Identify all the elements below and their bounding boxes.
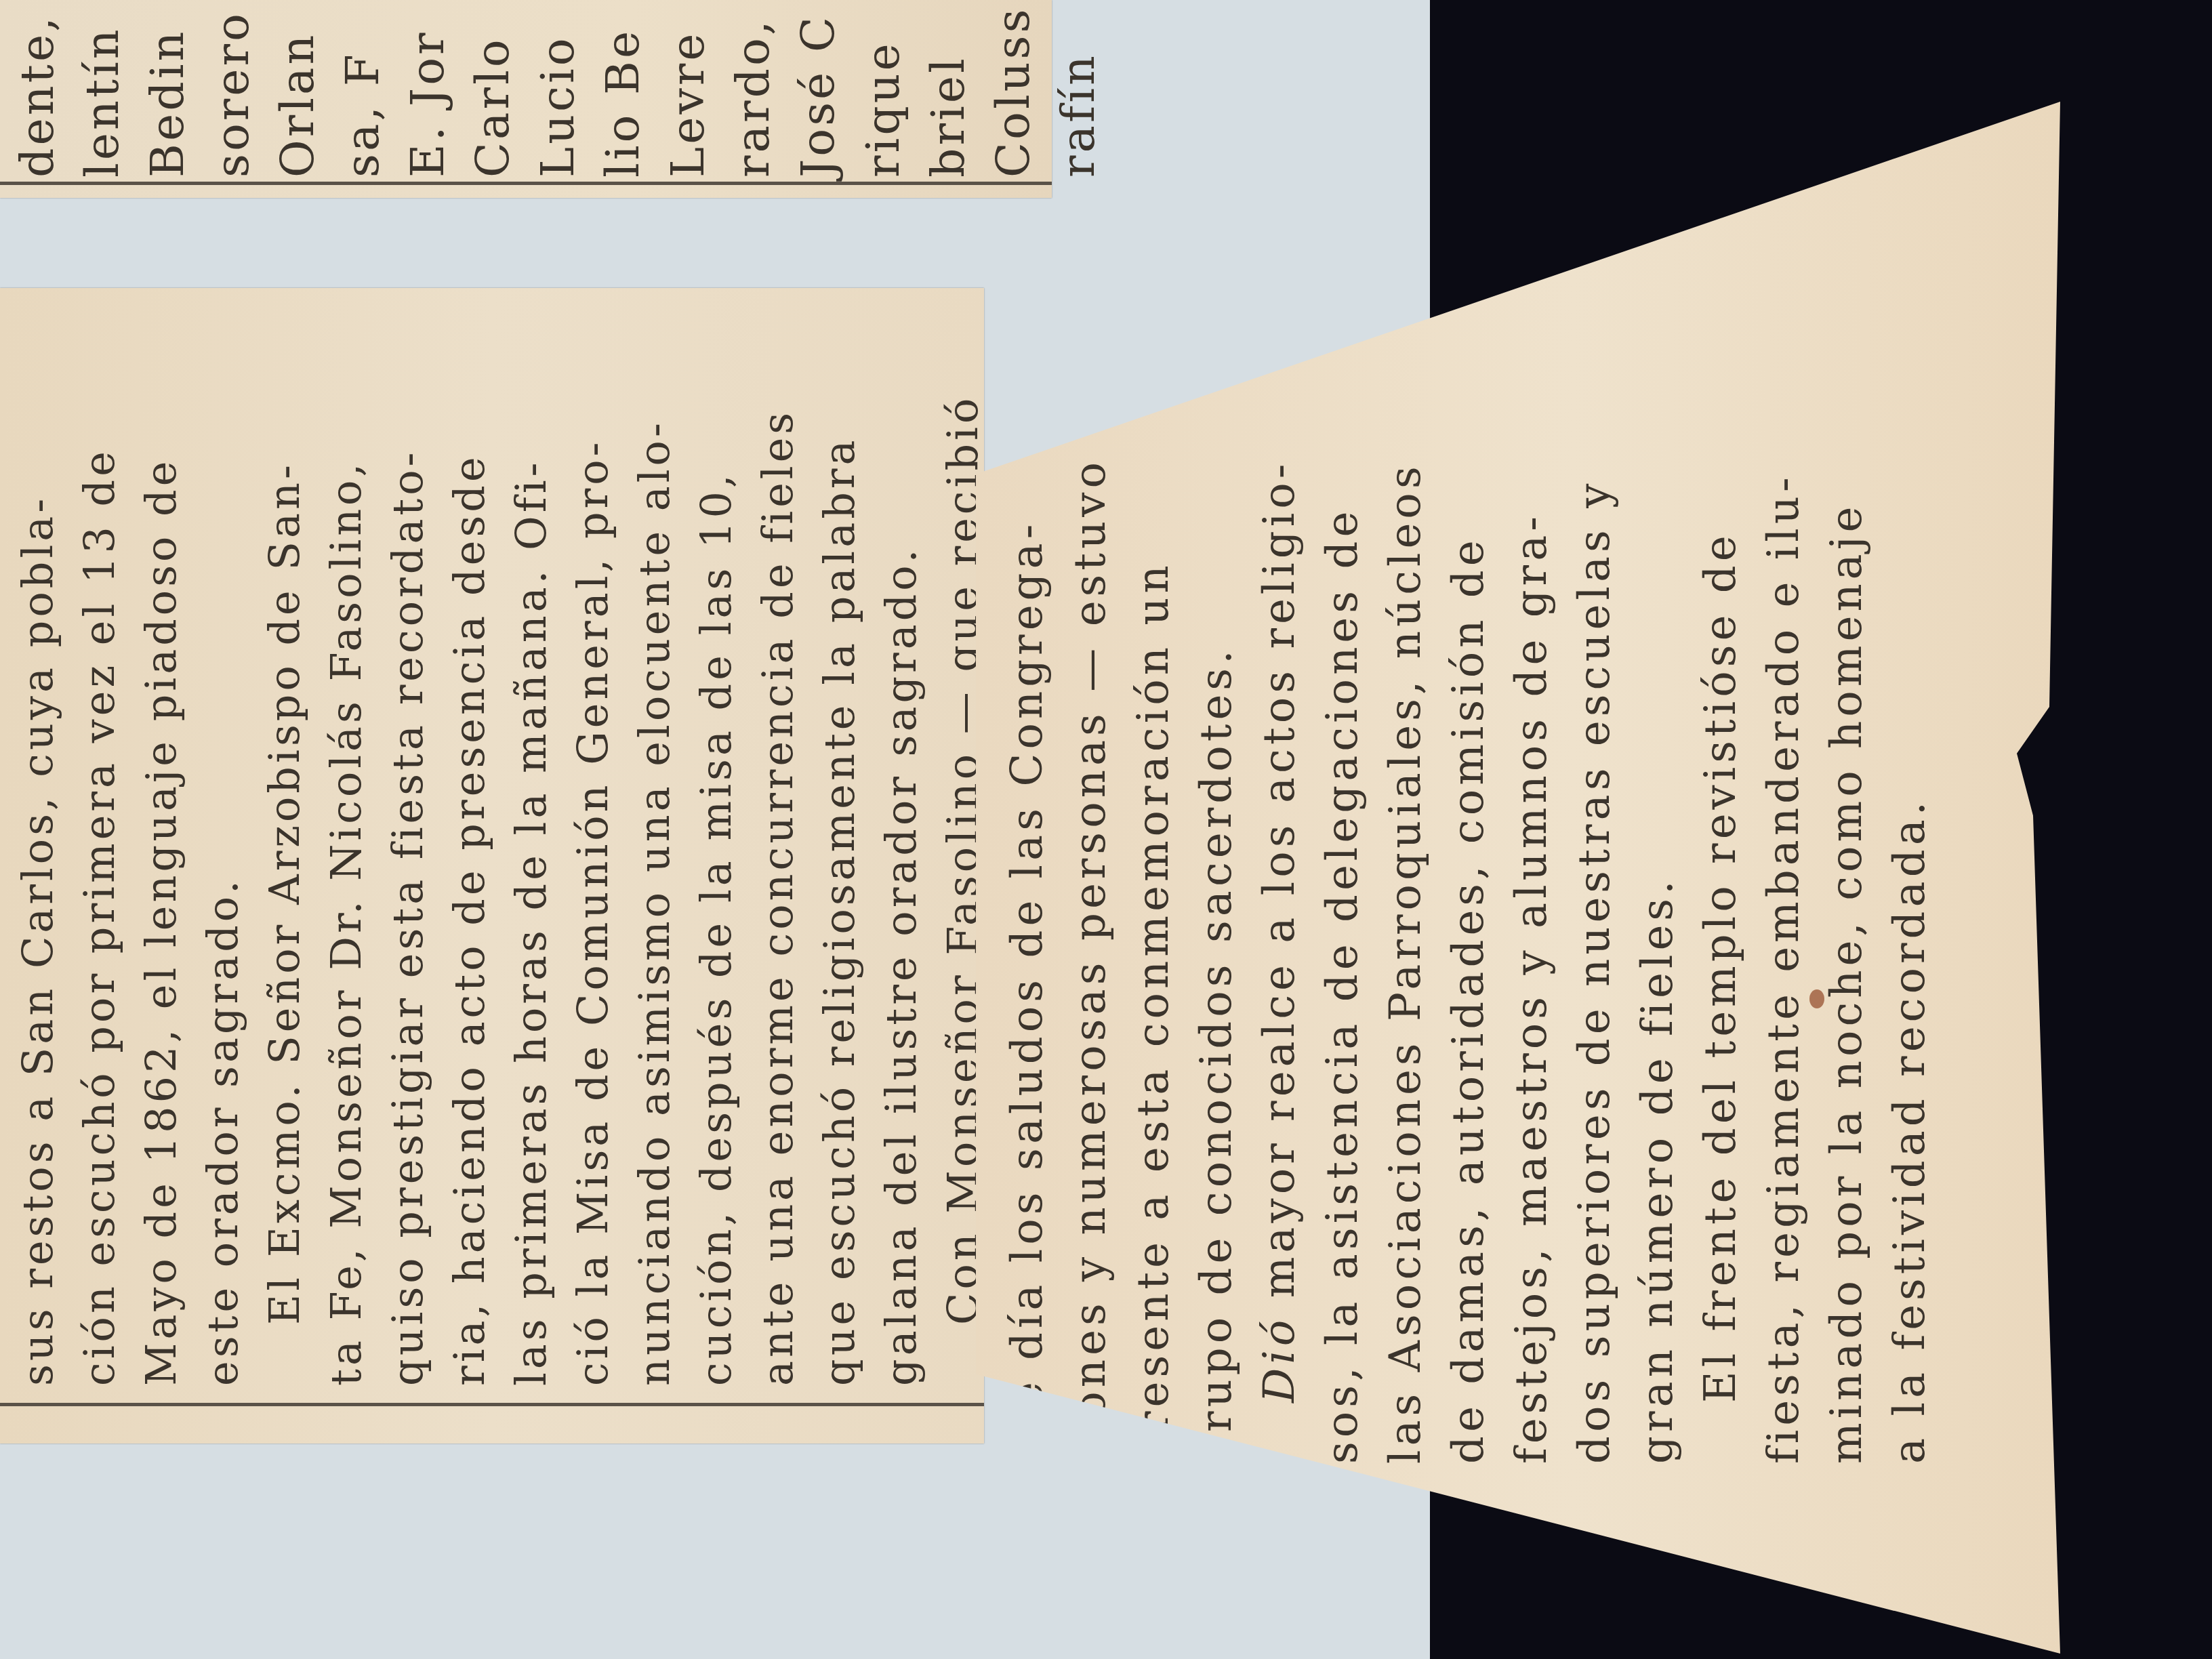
article-left-panel: sus restos a San Carlos, cuya pobla-ción… [0, 288, 984, 1443]
text-line: El frente del templo revistióse de [1689, 458, 1753, 1464]
text-line: dos superiores de nuestras escuelas y [1563, 458, 1626, 1464]
text-line: sus restos a San Carlos, cuya pobla- [7, 395, 68, 1386]
text-line: E. Jor [396, 7, 461, 178]
text-line: cución, después de la misa de las 10, [685, 395, 747, 1386]
text-line: ta Fe, Monseñor Dr. Nicolás Fasolino, [315, 395, 377, 1386]
text-line: sa, F [331, 7, 396, 178]
text-line: briel [916, 7, 981, 178]
text-line: de damas, autoridades, comisión de [1437, 458, 1500, 1464]
text-line: Carlo [461, 7, 526, 178]
text-line: ria, haciendo acto de presencia desde [438, 395, 500, 1386]
text-line: ciones y numerosas personas — estuvo [1059, 458, 1122, 1464]
text-line: Orlan [266, 7, 331, 178]
column-rule [0, 1403, 984, 1406]
text-line: presente a esta conmemoración un [1122, 458, 1185, 1464]
text-line: quiso prestigiar esta fiesta recordato- [377, 395, 438, 1386]
article-right-text: ese día los saludos de las Congrega-cion… [996, 458, 1942, 1464]
text-line: Coluss [981, 7, 1046, 178]
text-line: a la festividad recordada. [1879, 458, 1942, 1464]
top-fragment-text: dente,lentínBedinsoreroOrlansa, FE. JorC… [5, 7, 1111, 178]
text-line: ante una enorme concurrencia de fieles [747, 395, 808, 1386]
text-line: nunciando asimismo una elocuente alo- [623, 395, 685, 1386]
text-line: sos, la asistencia de delegaciones de [1311, 458, 1374, 1464]
article-left-text: sus restos a San Carlos, cuya pobla-ción… [7, 395, 994, 1386]
text-line: grupo de conocidos sacerdotes. [1185, 458, 1248, 1464]
text-line: gran número de fieles. [1626, 458, 1689, 1464]
text-line: Dió mayor realce a los actos religio- [1248, 458, 1311, 1464]
text-line: Bedin [136, 7, 201, 178]
text-line: festejos, maestros y alumnos de gra- [1500, 458, 1563, 1464]
text-line: fiesta, regiamente embanderado e ilu- [1753, 458, 1816, 1464]
text-line: rique [851, 7, 916, 178]
text-line: El Excmo. Señor Arzobispo de San- [253, 395, 315, 1386]
text-line: lentín [70, 7, 136, 178]
text-line: rafín [1046, 7, 1111, 178]
text-line: galana del ilustre orador sagrado. [870, 395, 932, 1386]
text-line: este orador sagrado. [192, 395, 253, 1386]
text-line: las Asociaciones Parroquiales, núcleos [1374, 458, 1437, 1464]
text-line: Levre [656, 7, 721, 178]
text-line: José C [786, 7, 851, 178]
text-line: las primeras horas de la mañana. Ofi- [500, 395, 562, 1386]
column-rule [0, 182, 1052, 185]
text-line: dente, [5, 7, 70, 178]
text-line: ción escuchó por primera vez el 13 de [68, 395, 130, 1386]
text-line: Lucio [526, 7, 591, 178]
text-line: sorero [201, 7, 266, 178]
ink-stain [1809, 989, 1824, 1008]
text-line: rardo, [721, 7, 786, 178]
text-line: ese día los saludos de las Congrega- [996, 458, 1059, 1464]
text-line: lio Be [591, 7, 656, 178]
text-line: ció la Misa de Comunión General, pro- [562, 395, 623, 1386]
text-line: que escuchó religiosamente la palabra [808, 395, 870, 1386]
text-line: Mayo de 1862, el lenguaje piadoso de [130, 395, 192, 1386]
text-line: minado por la noche, como homenaje [1816, 458, 1879, 1464]
article-right-panel: ese día los saludos de las Congrega-cion… [976, 102, 2060, 1654]
top-clipping-fragment: dente,lentínBedinsoreroOrlansa, FE. JorC… [0, 0, 1052, 198]
